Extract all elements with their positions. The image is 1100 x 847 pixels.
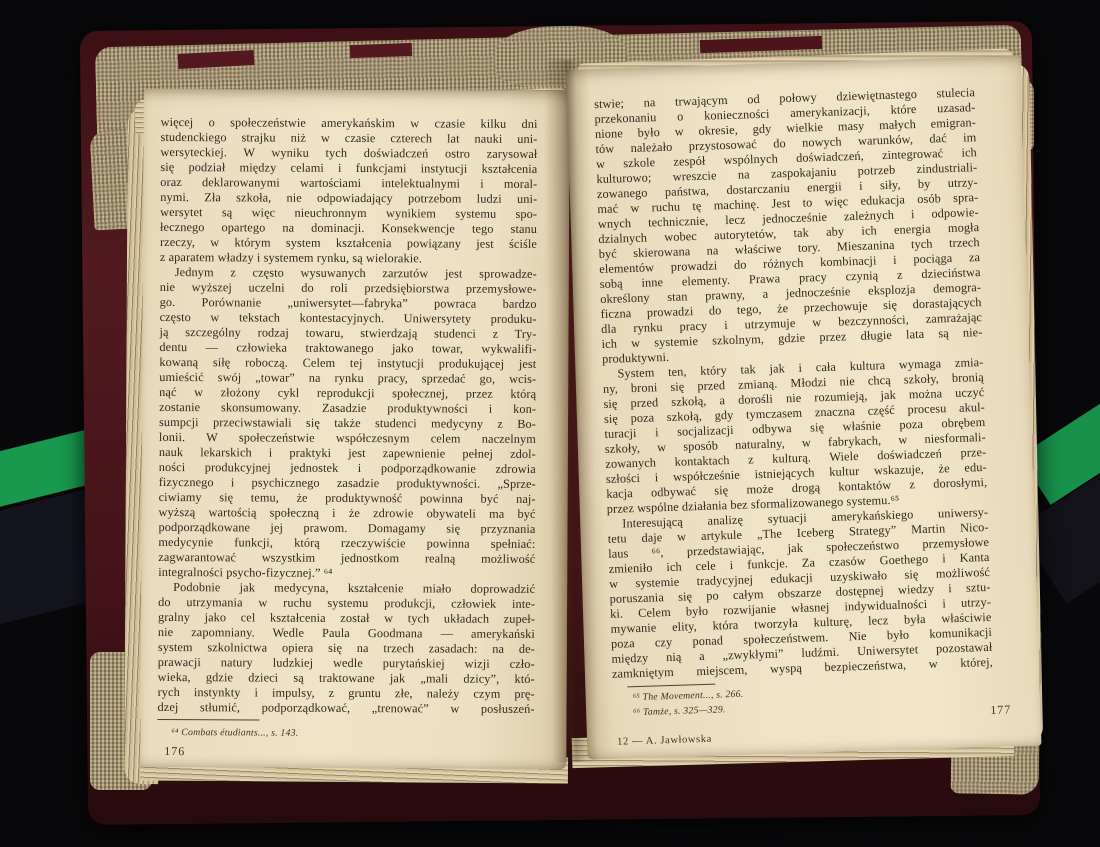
footnote-rule	[157, 719, 259, 721]
printer-signature-mark: 12 — A. Jawłowska	[617, 734, 712, 748]
paragraph: więcej o społeczeństwie amerykańskim w c…	[160, 115, 538, 267]
left-page-text: więcej o społeczeństwie amerykańskim w c…	[157, 115, 537, 717]
paragraph: Podobnie jak medycyna, kształcenie miało…	[157, 580, 535, 717]
footnote-rule	[627, 684, 715, 688]
photo-stage: więcej o społeczeństwie amerykańskim w c…	[0, 0, 1100, 847]
paragraph: stwie; na trwającym od połowy dziewiętna…	[594, 85, 983, 367]
right-page-text: stwie; na trwającym od połowy dziewiętna…	[594, 85, 993, 682]
footnote-64: ⁶⁴ Combats étudiants..., s. 143.	[171, 727, 298, 739]
book-page-left: więcej o społeczeństwie amerykańskim w c…	[140, 89, 570, 769]
paragraph: System ten, który tak jak i cała kultura…	[602, 355, 988, 517]
footnote-66: ⁶⁶ Tamże, s. 325—329.	[633, 704, 726, 718]
book-page-right: stwie; na trwającym od połowy dziewiętna…	[566, 56, 1041, 760]
paragraph: Jednym z często wysuwanych zarzutów jest…	[158, 265, 537, 582]
footnote-65: ⁶⁵ The Movement..., s. 266.	[633, 689, 744, 703]
cover-leather-trim	[350, 43, 412, 58]
page-number-left: 176	[164, 744, 185, 759]
page-number-right: 177	[990, 702, 1011, 718]
paragraph: Interesującą analizę sytuacji amerykańsk…	[607, 505, 993, 682]
